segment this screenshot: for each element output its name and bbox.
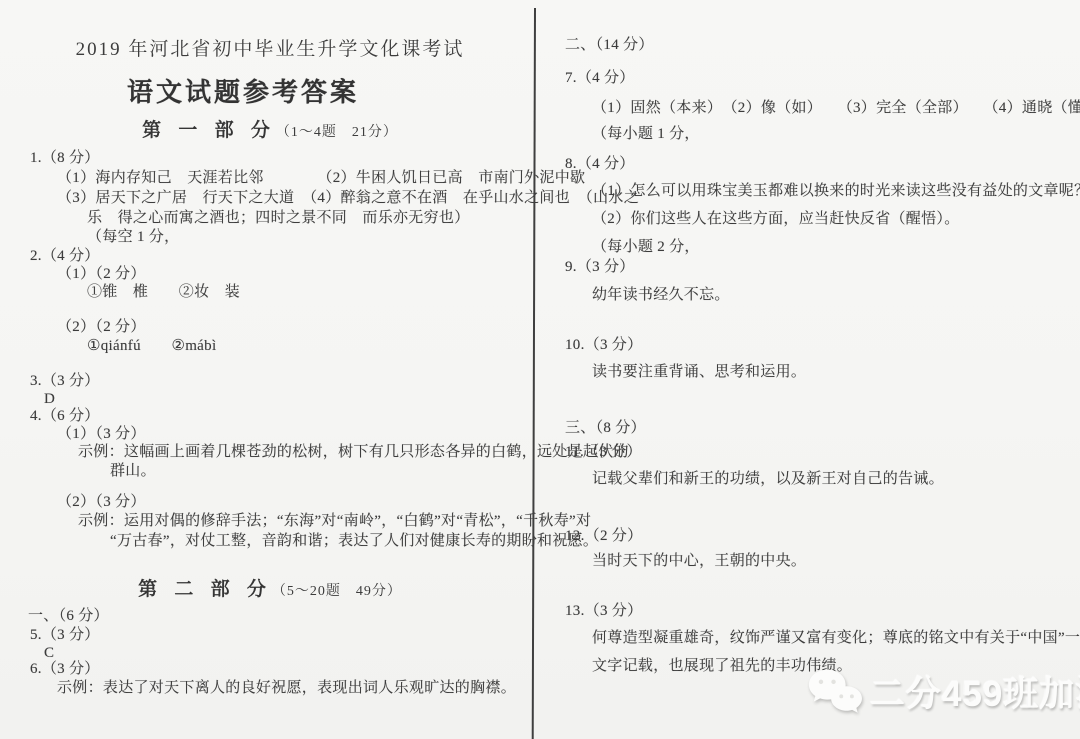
answer-line: 一、（6 分） bbox=[28, 607, 109, 625]
answer-line: 记载父辈们和新王的功绩，以及新王对自己的告诫。 bbox=[592, 470, 944, 488]
answer-line: （每小题 2 分， bbox=[592, 238, 700, 256]
part2-range: （5～20题 49分） bbox=[272, 584, 402, 599]
answer-line: 乐 得之心而寓之酒也；四时之景不同 而乐亦无穷也） bbox=[87, 209, 470, 227]
part1-range: （1～4题 21分） bbox=[276, 125, 398, 140]
answer-line: （1）怎么可以用珠宝美玉都难以换来的时光来读这些没有益处的文章呢？ bbox=[592, 182, 1080, 200]
answer-line: 示例：表达了对天下离人的良好祝愿，表现出词人乐观旷达的胸襟。 bbox=[57, 679, 516, 697]
answer-sheet-title: 语文试题参考答案 bbox=[127, 72, 359, 109]
answer-line: 二、（14 分） bbox=[565, 36, 654, 54]
answer-line: 5.（3 分） bbox=[30, 626, 100, 644]
answer-line: 12.（2 分） bbox=[565, 527, 642, 545]
answer-line: （3）居天下之广居 行天下之大道 （4）醉翁之意不在酒 在乎山水之间也 （山水之 bbox=[57, 189, 639, 207]
answer-line: ①锥 椎 ②妆 装 bbox=[87, 283, 240, 301]
answer-line: （1）（2 分） bbox=[57, 265, 146, 283]
part2-name: 第 二 部 分 bbox=[138, 579, 272, 600]
watermark-text: 二分459班加油 bbox=[870, 667, 1080, 717]
answer-line: 3.（3 分） bbox=[30, 372, 100, 390]
answer-line: 1.（8 分） bbox=[30, 149, 100, 167]
wechat-icon bbox=[806, 666, 864, 718]
answer-line: （2）（3 分） bbox=[57, 493, 146, 511]
answer-line: 群山。 bbox=[110, 462, 156, 480]
answer-line: 三、（8 分） bbox=[565, 419, 646, 437]
answer-line: 4.（6 分） bbox=[30, 407, 100, 425]
part2-heading: 第 二 部 分（5～20题 49分） bbox=[0, 574, 540, 601]
answer-line: 当时天下的中心，王朝的中央。 bbox=[592, 552, 806, 570]
answer-line: 8.（4 分） bbox=[565, 155, 635, 173]
answer-line: 示例：这幅画上画着几棵苍劲的松树，树下有几只形态各异的白鹤，远处是起伏的 bbox=[78, 443, 629, 461]
watermark: 二分459班加油 bbox=[806, 666, 1080, 718]
answer-line: 13.（3 分） bbox=[565, 602, 642, 620]
answer-line: ①qiánfú ②mábì bbox=[87, 337, 216, 355]
answer-line: （每空 1 分， bbox=[87, 228, 179, 246]
scanned-answer-sheet: 2019 年河北省初中毕业生升学文化课考试 语文试题参考答案 第 一 部 分（1… bbox=[0, 0, 1080, 739]
answer-line: （2）（2 分） bbox=[57, 318, 146, 336]
answer-line: （每小题 1 分， bbox=[592, 125, 700, 143]
part1-name: 第 一 部 分 bbox=[142, 120, 276, 141]
answer-line: （1）（3 分） bbox=[57, 425, 146, 443]
answer-line: （2）你们这些人在这些方面，应当赶快反省（醒悟）。 bbox=[592, 210, 960, 228]
answer-line: 何尊造型凝重雄奇，纹饰严谨又富有变化；尊底的铭文中有关于“中国”一词的最早 bbox=[592, 629, 1080, 647]
answer-line: 9.（3 分） bbox=[565, 258, 635, 276]
answer-line: 11.（3 分） bbox=[565, 443, 642, 461]
answer-line: 幼年读书经久不忘。 bbox=[592, 286, 730, 304]
answer-line: 2.（4 分） bbox=[30, 247, 100, 265]
answer-line: 7.（4 分） bbox=[565, 69, 635, 87]
answer-line: 10.（3 分） bbox=[565, 336, 642, 354]
exam-title: 2019 年河北省初中毕业生升学文化课考试 bbox=[0, 34, 540, 61]
answer-line: 读书要注重背诵、思考和运用。 bbox=[592, 363, 806, 381]
part1-heading: 第 一 部 分（1～4题 21分） bbox=[0, 115, 540, 142]
answer-line: （1）固然（本来） （2）像（如） （3）完全（全部） （4）通晓（懂得） bbox=[592, 99, 1080, 117]
answer-line: 示例：运用对偶的修辞手法；“东海”对“南岭”，“白鹤”对“青松”，“千秋寿”对 bbox=[78, 512, 591, 530]
answer-line: 6.（3 分） bbox=[30, 660, 100, 678]
answer-line: “万古春”，对仗工整，音韵和谐；表达了人们对健康长寿的期盼和祝愿。 bbox=[110, 532, 598, 550]
answer-line: （1）海内存知己 天涯若比邻 （2）牛困人饥日已高 市南门外泥中歇 bbox=[57, 169, 585, 187]
answer-line: D bbox=[44, 390, 55, 408]
